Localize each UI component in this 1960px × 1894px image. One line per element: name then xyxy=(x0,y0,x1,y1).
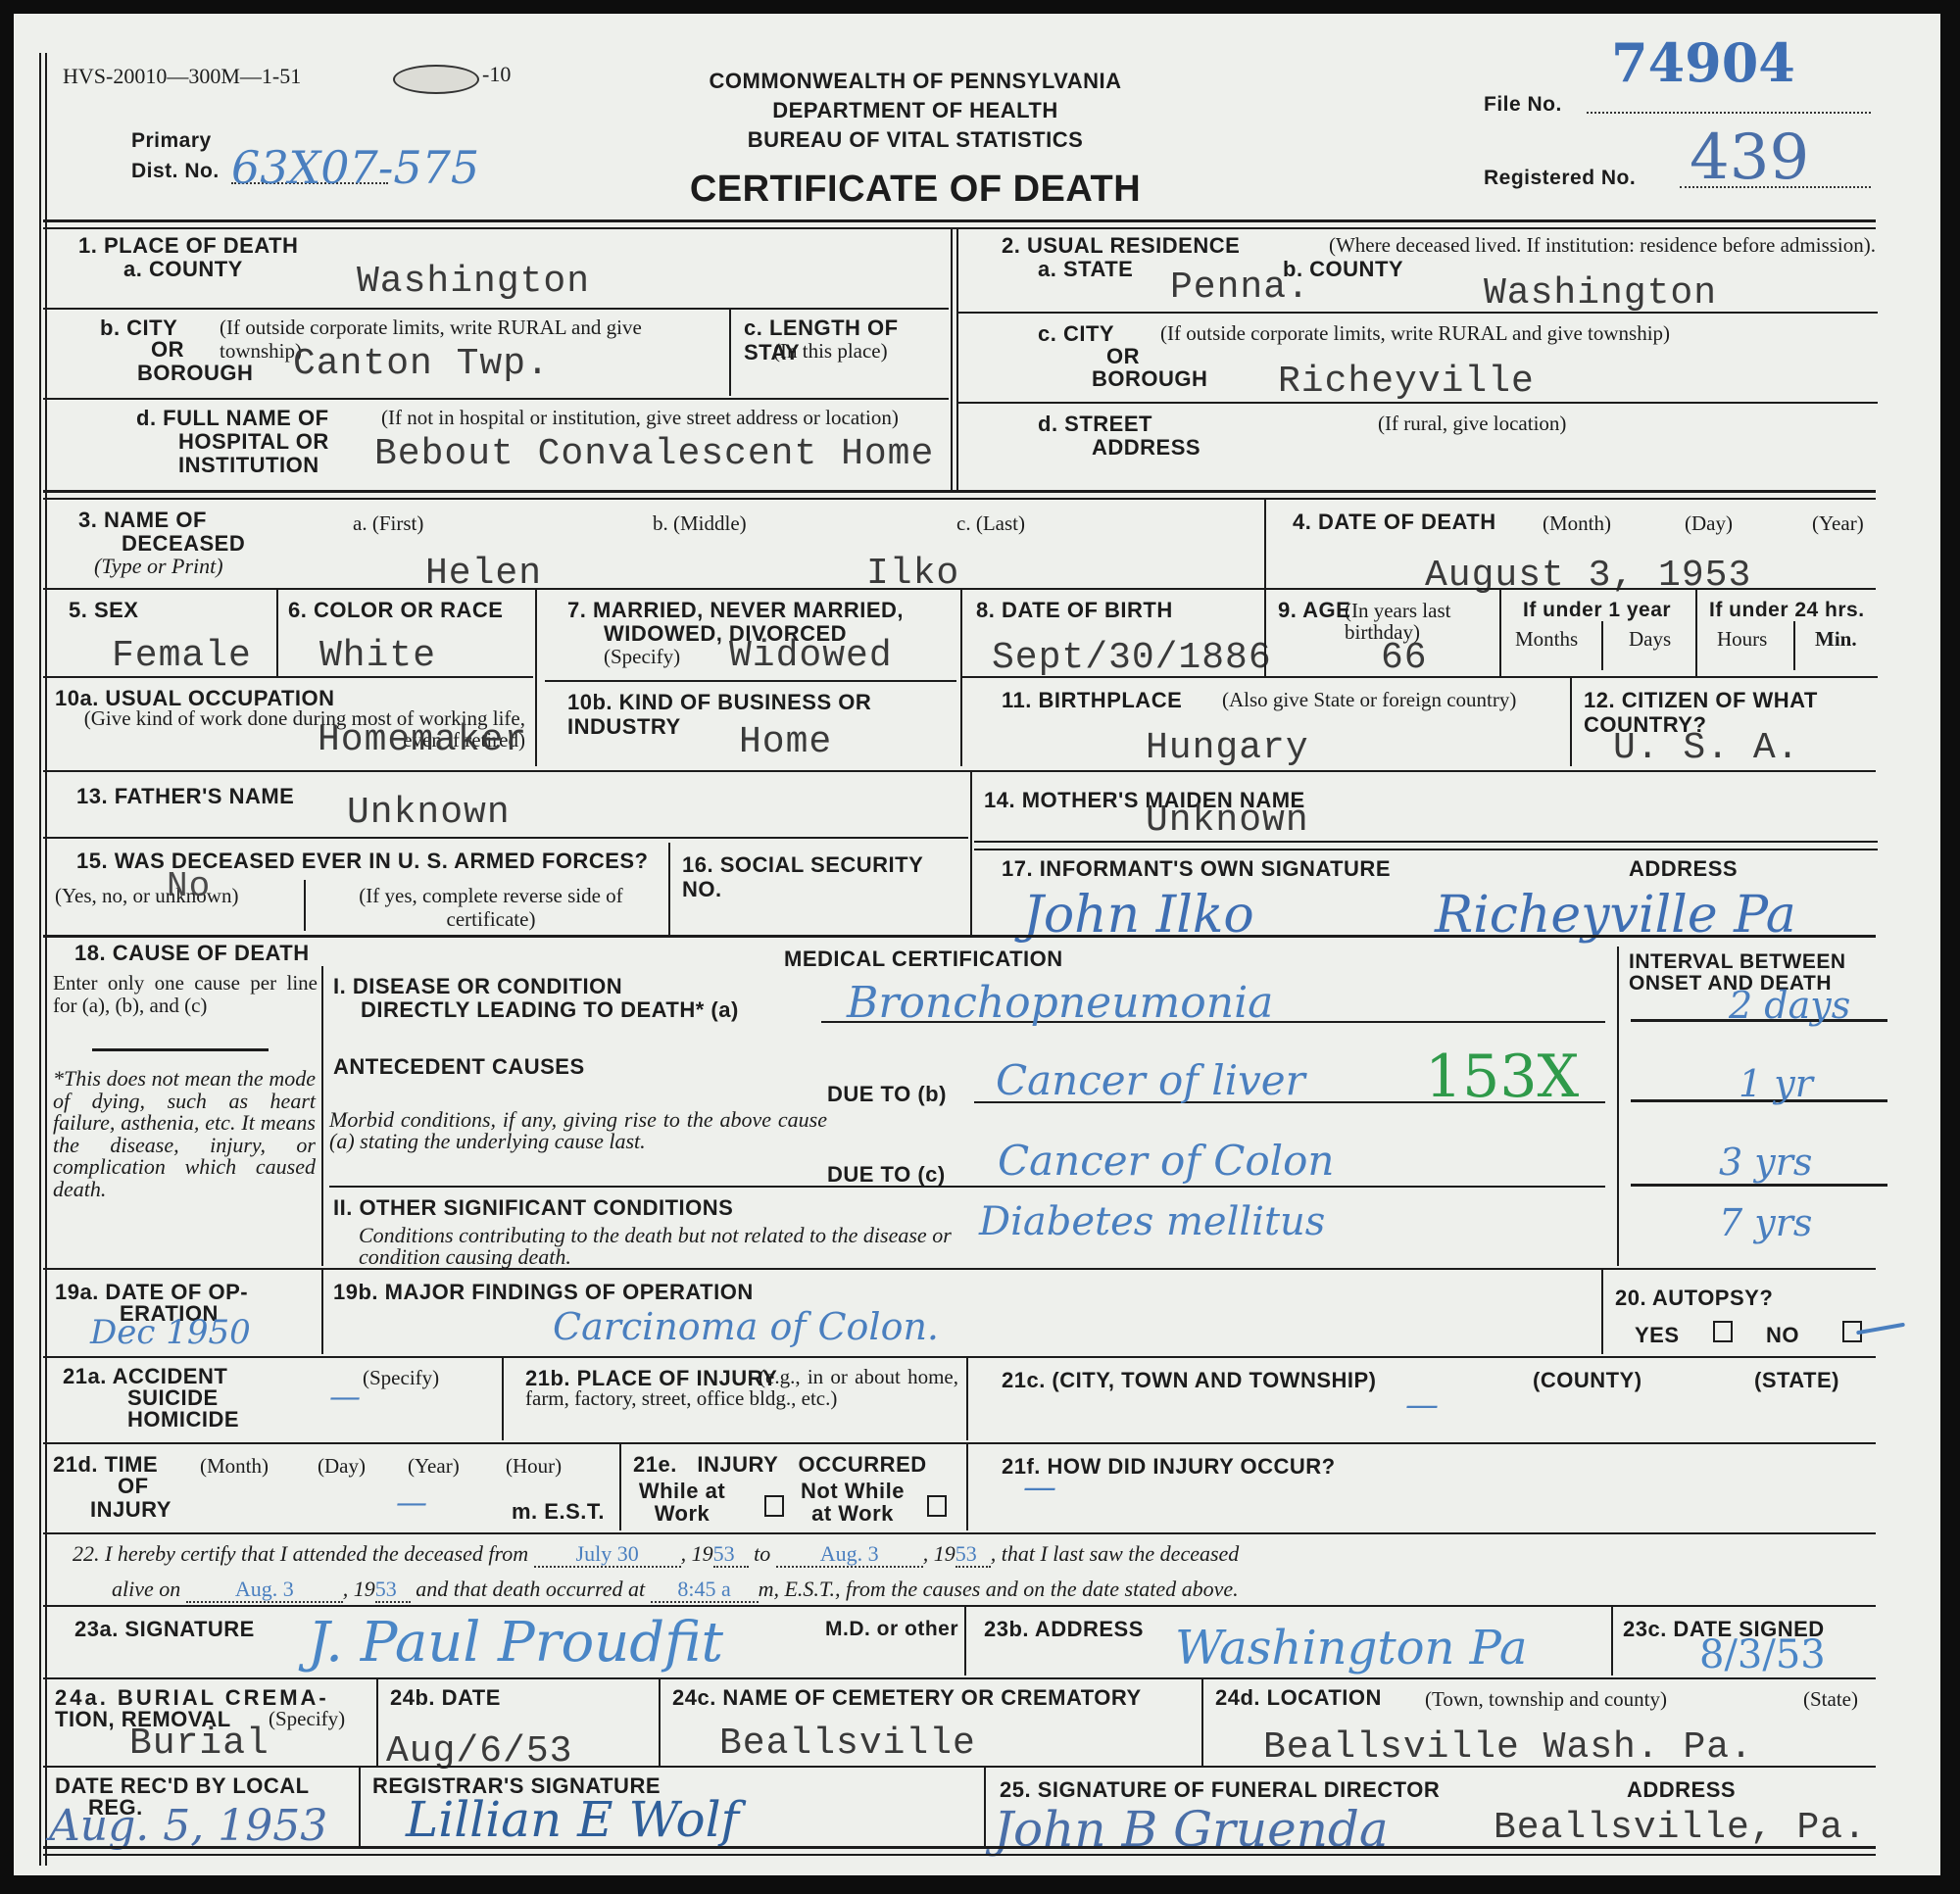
citizen-value: U. S. A. xyxy=(1613,727,1799,769)
business-value: Home xyxy=(739,721,832,763)
due-to-b-label: DUE TO (b) xyxy=(827,1082,947,1106)
birthplace-note: (Also give State or foreign country) xyxy=(1002,688,1560,711)
cause-instructions: Enter only one cause per line for (a), (… xyxy=(53,972,318,1017)
cell-divider xyxy=(535,588,537,766)
primary-dist-value: 63X07-575 xyxy=(231,141,479,194)
interval-b-value: 1 yr xyxy=(1739,1062,1813,1105)
cause-footnote: *This does not mean the mode of dying, s… xyxy=(53,1068,316,1200)
antecedent-label: ANTECEDENT CAUSES xyxy=(333,1054,585,1079)
injury-type-specify: (Specify) xyxy=(363,1366,439,1389)
cell-divider xyxy=(321,1270,323,1354)
attended-to-date: Aug. 3 xyxy=(776,1542,923,1568)
certification-line-2: alive on Aug. 3, 1953 and that death occ… xyxy=(112,1578,1886,1603)
injury-city-value: — xyxy=(1405,1385,1439,1425)
institution-note: (If not in hospital or institution, give… xyxy=(381,406,950,429)
antecedent-note: Morbid conditions, if any, giving rise t… xyxy=(329,1109,827,1152)
name-label-2: DECEASED xyxy=(122,531,245,556)
physician-address-label: 23b. ADDRESS xyxy=(984,1617,1144,1641)
residence-city-or: OR xyxy=(1106,344,1140,368)
agency-line-3: BUREAU OF VITAL STATISTICS xyxy=(602,127,1229,152)
interval-label: INTERVAL BETWEEN xyxy=(1629,950,1846,973)
primary-dist-label: Primary xyxy=(131,128,212,153)
injury-year-label: (Year) xyxy=(408,1454,460,1478)
injury-day-label: (Day) xyxy=(318,1454,366,1478)
injury-state-label: (STATE) xyxy=(1754,1368,1839,1392)
row-line xyxy=(974,849,1878,850)
cell-divider xyxy=(1264,588,1266,678)
death-county-label: a. COUNTY xyxy=(123,257,243,281)
dod-month-label: (Month) xyxy=(1543,511,1611,535)
part1-label: I. DISEASE OR CONDITION xyxy=(333,974,622,998)
row-line xyxy=(43,1605,1876,1607)
dod-day-label: (Day) xyxy=(1685,511,1733,535)
certification-line-1: 22. I hereby certify that I attended the… xyxy=(73,1542,1886,1568)
usual-residence-label: 2. USUAL RESIDENCE xyxy=(1002,233,1240,258)
cause-b-code: 153X xyxy=(1425,1043,1579,1111)
institution-label-2: HOSPITAL OR xyxy=(178,429,329,454)
col-divider-top-2 xyxy=(956,227,958,492)
injury-type-value: — xyxy=(329,1378,361,1415)
row-line xyxy=(43,837,968,839)
page-title: CERTIFICATE OF DEATH xyxy=(602,169,1229,210)
row-line xyxy=(43,676,533,678)
physician-signature: J. Paul Proudfit xyxy=(308,1611,723,1675)
death-city-borough: BOROUGH xyxy=(137,361,253,385)
injury-place-note: (e.g., in or about home, farm, factory, … xyxy=(525,1366,958,1409)
residence-county-label: b. COUNTY xyxy=(1283,257,1403,281)
row-line xyxy=(960,676,1878,678)
injury-type-homicide: HOMICIDE xyxy=(127,1407,239,1432)
registrar-date-value: Aug. 5, 1953 xyxy=(49,1801,327,1851)
cemetery-label: 24c. NAME OF CEMETERY OR CREMATORY xyxy=(672,1685,1142,1710)
agency-line-1: COMMONWEALTH OF PENNSYLVANIA xyxy=(602,69,1229,93)
burial-location-state-label: (State) xyxy=(1803,1687,1858,1711)
cell-divider xyxy=(1499,588,1501,678)
registered-no-value: 439 xyxy=(1690,121,1809,194)
cell-divider xyxy=(1793,621,1795,670)
street-address-label-2: ADDRESS xyxy=(1092,435,1200,460)
burial-method-value: Burial xyxy=(129,1723,269,1765)
death-time: 8:45 a xyxy=(651,1578,759,1603)
cell-divider xyxy=(668,843,670,935)
header-divider xyxy=(43,219,1876,222)
dob-label: 8. DATE OF BIRTH xyxy=(976,598,1173,622)
row-line xyxy=(974,841,1878,843)
under-1-year-label: If under 1 year xyxy=(1523,598,1671,622)
section-divider-2 xyxy=(43,498,1876,500)
findings-value: Carcinoma of Colon. xyxy=(553,1305,939,1348)
hours-label: Hours xyxy=(1717,627,1767,651)
cell-divider xyxy=(1695,588,1697,678)
file-no-line xyxy=(1587,112,1871,114)
father-value: Unknown xyxy=(347,792,511,834)
marital-value: Widowed xyxy=(729,635,893,677)
cell-divider xyxy=(321,966,323,1266)
agency-line-2: DEPARTMENT OF HEALTH xyxy=(602,98,1229,122)
bottom-border xyxy=(43,1846,1876,1849)
cell-divider xyxy=(1201,1679,1203,1766)
last-name-label: c. (Last) xyxy=(956,511,1025,535)
interval-a-value: 2 days xyxy=(1729,984,1850,1027)
registrar-signature: Lillian E Wolf xyxy=(406,1791,739,1848)
injury-time-value: — xyxy=(396,1483,427,1521)
part2-label: II. OTHER SIGNIFICANT CONDITIONS xyxy=(333,1195,733,1220)
attended-to-year: 53 xyxy=(955,1542,991,1568)
race-label: 6. COLOR OR RACE xyxy=(288,598,503,622)
name-label: 3. NAME OF xyxy=(78,508,207,532)
row-line xyxy=(43,588,1876,590)
residence-city-note: (If outside corporate limits, write RURA… xyxy=(1160,321,1670,345)
burial-location-value: Beallsville Wash. Pa. xyxy=(1263,1726,1753,1769)
cell-divider xyxy=(970,770,972,935)
armed-forces-note-2: (If yes, complete reverse side of certif… xyxy=(319,884,662,931)
residence-city-label: c. CITY xyxy=(1038,321,1114,346)
row-line xyxy=(43,1532,1876,1534)
union-label-icon xyxy=(393,65,479,94)
interval-c-line xyxy=(1631,1184,1887,1187)
section-divider xyxy=(43,490,1876,493)
cause-of-death-label: 18. CAUSE OF DEATH xyxy=(74,941,310,965)
burial-location-label: 24d. LOCATION xyxy=(1215,1685,1382,1710)
name-label-3: (Type or Print) xyxy=(94,555,223,578)
operation-date-value: Dec 1950 xyxy=(90,1313,251,1352)
sex-label: 5. SEX xyxy=(69,598,138,622)
autopsy-label: 20. AUTOPSY? xyxy=(1615,1286,1773,1310)
file-no-stamp: 74904 xyxy=(1611,31,1795,94)
cell-divider xyxy=(1601,621,1603,670)
injury-hour-label: (Hour) xyxy=(506,1454,562,1478)
attended-from-date: July 30 xyxy=(534,1542,681,1568)
findings-label: 19b. MAJOR FINDINGS OF OPERATION xyxy=(333,1280,754,1304)
alive-on-date: Aug. 3 xyxy=(186,1578,343,1603)
injury-city-label: 21c. (CITY, TOWN AND TOWNSHIP) xyxy=(1002,1368,1377,1392)
col-divider-top xyxy=(951,227,953,492)
cell-divider xyxy=(966,1444,968,1530)
autopsy-yes-label: YES xyxy=(1635,1323,1680,1347)
cause-c-line xyxy=(329,1186,1605,1188)
cell-divider xyxy=(966,1358,968,1440)
marital-specify: (Specify) xyxy=(604,645,680,668)
interval-c-value: 3 yrs xyxy=(1719,1141,1812,1184)
ssn-label: 16. SOCIAL SECURITY NO. xyxy=(682,852,966,901)
form-code: HVS-20010—300M—1-51 xyxy=(63,65,301,88)
residence-county-value: Washington xyxy=(1484,272,1717,315)
autopsy-no-label: NO xyxy=(1766,1323,1799,1347)
death-county-value: Washington xyxy=(357,261,590,303)
row-line xyxy=(43,1442,1876,1444)
days-label: Days xyxy=(1629,627,1671,651)
physician-address-value: Washington Pa xyxy=(1175,1621,1527,1675)
cell-divider xyxy=(359,1768,361,1846)
row-line xyxy=(545,680,956,682)
injury-occurred-label: 21e. INJURY OCCURRED xyxy=(633,1452,956,1477)
row-line xyxy=(43,1677,1876,1679)
header-divider-2 xyxy=(43,227,1876,229)
dist-no-label: Dist. No. xyxy=(131,159,220,183)
cause-c-value: Cancer of Colon xyxy=(998,1137,1334,1185)
funeral-director-label: 25. SIGNATURE OF FUNERAL DIRECTOR xyxy=(1000,1777,1440,1802)
funeral-director-signature: John B Gruenda xyxy=(994,1801,1389,1858)
union-label-suffix: -10 xyxy=(482,63,511,86)
armed-forces-note: (Yes, no, or unknown) xyxy=(55,884,238,907)
row-line xyxy=(43,308,949,310)
injury-time-of: OF xyxy=(118,1474,149,1498)
while-at-work-label: While at Work xyxy=(633,1480,731,1525)
place-of-death-label: 1. PLACE OF DEATH xyxy=(78,233,298,258)
row-line xyxy=(43,770,1876,772)
institution-value: Bebout Convalescent Home xyxy=(374,433,934,475)
attended-from-year: 53 xyxy=(713,1542,749,1568)
date-of-death-value: August 3, 1953 xyxy=(1425,555,1751,597)
row-line xyxy=(43,1766,1876,1768)
part1-label-2: DIRECTLY LEADING TO DEATH* (a) xyxy=(361,997,739,1022)
cell-divider xyxy=(729,310,731,396)
md-or-other-label: M.D. or other xyxy=(825,1617,958,1641)
interval-divider xyxy=(1617,947,1619,1266)
first-name-label: a. (First) xyxy=(353,511,423,535)
cemetery-value: Beallsville xyxy=(719,1723,976,1765)
street-address-note: (If rural, give location) xyxy=(1378,412,1566,435)
row-line xyxy=(43,1356,1876,1358)
cell-divider xyxy=(960,676,962,766)
residence-state-label: a. STATE xyxy=(1038,257,1133,281)
usual-residence-note: (Where deceased lived. If institution: r… xyxy=(1317,233,1876,257)
middle-name-label: b. (Middle) xyxy=(653,511,747,535)
injury-how-value: — xyxy=(1023,1468,1056,1507)
death-city-value: Canton Twp. xyxy=(293,343,550,385)
age-value: 66 xyxy=(1381,637,1428,679)
cell-divider xyxy=(1570,676,1572,766)
cause-a-value: Bronchopneumonia xyxy=(847,978,1273,1028)
date-of-death-label: 4. DATE OF DEATH xyxy=(1293,510,1496,534)
short-rule xyxy=(92,1048,269,1051)
burial-date-label: 24b. DATE xyxy=(390,1685,501,1710)
date-signed-value: 8/3/53 xyxy=(1699,1632,1826,1677)
cell-divider xyxy=(619,1444,621,1530)
cause-b-value: Cancer of liver xyxy=(996,1056,1305,1104)
part2-note: Conditions contributing to the death but… xyxy=(359,1225,986,1268)
left-border-inner xyxy=(45,53,47,1866)
burial-location-note: (Town, township and county) xyxy=(1425,1687,1667,1711)
institution-label-3: INSTITUTION xyxy=(178,453,319,477)
sex-value: Female xyxy=(112,635,252,677)
file-no-label: File No. xyxy=(1484,92,1562,117)
row-line xyxy=(43,398,949,400)
medical-certification-label: MEDICAL CERTIFICATION xyxy=(784,947,1063,971)
injury-month-label: (Month) xyxy=(200,1454,269,1478)
mother-value: Unknown xyxy=(1146,800,1309,842)
interval-other-value: 7 yrs xyxy=(1719,1201,1812,1244)
length-of-stay-note: (In this place) xyxy=(773,339,950,363)
injury-time-injury: INJURY xyxy=(90,1497,171,1522)
injury-est-label: m. E.S.T. xyxy=(512,1499,605,1524)
due-to-c-label: DUE TO (c) xyxy=(827,1162,946,1187)
informant-label: 17. INFORMANT'S OWN SIGNATURE xyxy=(1002,856,1391,881)
cell-divider xyxy=(502,1358,504,1440)
residence-city-value: Richeyville xyxy=(1278,361,1535,403)
autopsy-no-mark xyxy=(1856,1323,1905,1336)
dod-year-label: (Year) xyxy=(1812,511,1864,535)
row-line xyxy=(956,312,1878,314)
occupation-value: Homemaker xyxy=(318,719,527,761)
death-city-or: OR xyxy=(151,337,184,362)
not-while-at-work-label: Not While at Work xyxy=(796,1480,909,1525)
min-label: Min. xyxy=(1815,627,1857,651)
residence-city-borough: BOROUGH xyxy=(1092,366,1207,391)
section-divider xyxy=(43,935,1876,938)
burial-method-specify: (Specify) xyxy=(269,1707,345,1730)
under-24-label: If under 24 hrs. xyxy=(1709,598,1865,622)
institution-label: d. FULL NAME OF xyxy=(136,406,329,430)
race-value: White xyxy=(319,635,436,677)
physician-signature-label: 23a. SIGNATURE xyxy=(74,1617,255,1641)
registered-no-label: Registered No. xyxy=(1484,166,1636,190)
left-border xyxy=(39,53,41,1866)
armed-forces-value: No xyxy=(167,866,211,906)
alive-on-year: 53 xyxy=(375,1578,411,1603)
funeral-address-label: ADDRESS xyxy=(1627,1777,1736,1802)
cell-divider xyxy=(276,588,278,678)
other-conditions-value: Diabetes mellitus xyxy=(979,1199,1325,1244)
cell-divider xyxy=(1601,1270,1603,1354)
armed-forces-label: 15. WAS DECEASED EVER IN U. S. ARMED FOR… xyxy=(76,849,649,873)
marital-label: 7. MARRIED, NEVER MARRIED, xyxy=(567,598,904,622)
cell-divider xyxy=(1611,1607,1613,1675)
age-label: 9. AGE xyxy=(1278,598,1350,622)
cell-divider xyxy=(376,1679,378,1766)
cell-divider xyxy=(1264,500,1266,588)
row-line xyxy=(956,402,1878,404)
funeral-address-value: Beallsville, Pa. xyxy=(1494,1807,1867,1849)
death-certificate: HVS-20010—300M—1-51 -10 Primary Dist. No… xyxy=(14,14,1940,1875)
not-while-at-work-checkbox[interactable] xyxy=(927,1495,947,1517)
months-label: Months xyxy=(1515,627,1578,651)
dob-value: Sept/30/1886 xyxy=(992,637,1272,679)
street-address-label: d. STREET xyxy=(1038,412,1152,436)
cell-divider xyxy=(659,1679,661,1766)
injury-county-label: (COUNTY) xyxy=(1533,1368,1642,1392)
bottom-border-2 xyxy=(43,1854,1876,1856)
cell-divider xyxy=(964,1607,966,1675)
cell-divider xyxy=(984,1768,986,1846)
informant-address-label: ADDRESS xyxy=(1629,856,1738,881)
while-at-work-checkbox[interactable] xyxy=(764,1495,784,1517)
autopsy-yes-checkbox[interactable] xyxy=(1713,1321,1733,1342)
cell-divider xyxy=(304,880,306,931)
cell-divider xyxy=(960,588,962,678)
father-label: 13. FATHER'S NAME xyxy=(76,784,294,808)
birthplace-value: Hungary xyxy=(1146,727,1309,769)
